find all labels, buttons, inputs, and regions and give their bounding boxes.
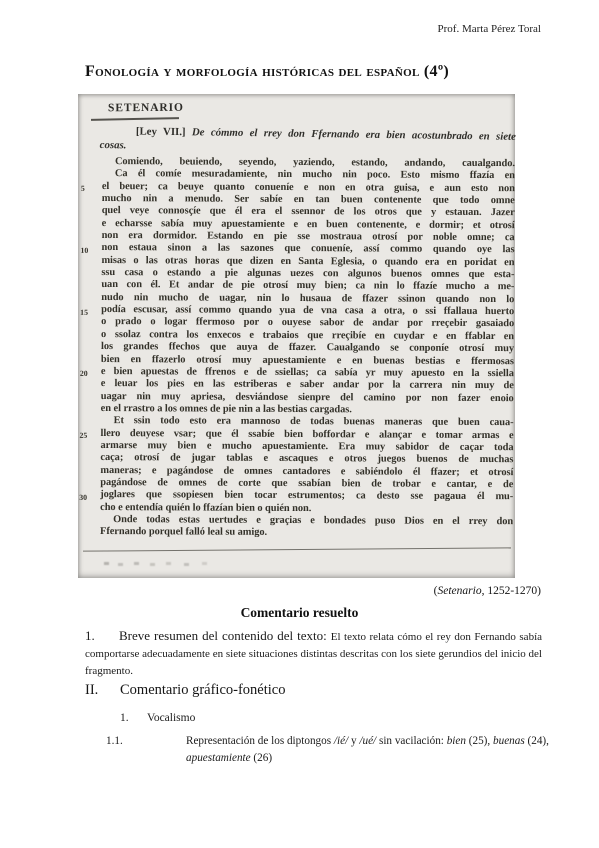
example-buenas-ref: (24), — [525, 735, 549, 747]
line-text: joglares que ssopiesen bien tocar estrum… — [100, 489, 513, 502]
page-title: Fonología y morfología históricas del es… — [85, 63, 449, 81]
example-buenas: buenas — [493, 735, 525, 747]
diptongos-mid: y — [348, 735, 359, 747]
citation-work-title: Setenario — [438, 585, 482, 597]
diptongos-item: 1.1.Representación de los diptongos /ié/… — [146, 733, 567, 767]
line-text: el beuer; ca beuye quanto conueníe e non… — [102, 181, 515, 194]
example-bien-ref: (25), — [466, 735, 493, 747]
scan-header-underline — [91, 117, 179, 121]
scan-bottom-rule — [83, 547, 511, 552]
line-text: llero deuyese vsar; que él ssabíe bien b… — [101, 428, 514, 441]
citation-dates: , 1252-1270) — [482, 585, 541, 597]
line-number: 10 — [80, 245, 97, 257]
example-bien: bien — [447, 735, 466, 747]
section-title: Comentario gráfico-fonético — [120, 682, 285, 698]
line-text: Ca él comíe mesuradamiente, nin mucho ni… — [115, 168, 515, 181]
line-text: Comiendo, beuiendo, seyendo, yaziendo, e… — [115, 156, 515, 169]
diptongos-number: 1.1. — [146, 733, 186, 750]
summary-item-number: 1. — [85, 628, 119, 645]
line-number: 25 — [80, 430, 97, 442]
line-text: quel veye connosçíe que él era el ssenno… — [102, 205, 515, 218]
example-apuestamiente-ref: (26) — [251, 752, 272, 764]
line-text: caça; otrosí de jugar tablas e ascaques … — [100, 452, 513, 465]
line-text: cho e entendía quién lo ffazían bien o q… — [100, 502, 311, 514]
line-text: mucho nin a menudo. Ser sabíe en tan bue… — [102, 193, 515, 206]
line-text: o ssolaz contra los enxecos e trabaios q… — [101, 329, 514, 342]
summary-item: 1.Breve resumen del contenido del texto:… — [85, 628, 542, 679]
line-text: nudo nin mucho de uagar, nin lo husaua d… — [101, 292, 514, 305]
line-text: Ffernando porquel falló leal su amigo. — [100, 526, 267, 538]
line-text: o prado o logar ffermoso por o ouyese sa… — [101, 316, 514, 329]
law-label: [Ley VII.] — [136, 126, 186, 139]
citation: (Setenario, 1252-1270) — [434, 585, 541, 597]
line-number: 20 — [80, 368, 97, 380]
section-number: II. — [85, 682, 120, 699]
text-line: Ffernando porquel falló leal su amigo. — [100, 526, 513, 541]
scan-text-lines: Comiendo, beuiendo, seyendo, yaziendo, e… — [100, 156, 515, 541]
diptongo-ie: /ié/ — [334, 735, 348, 747]
vocalismo-number: 1. — [120, 712, 147, 724]
line-number: 15 — [80, 307, 97, 319]
line-number: 30 — [79, 492, 96, 504]
document-page: Prof. Marta Pérez Toral Fonología y morf… — [0, 0, 599, 848]
line-text: uan con él. Et andar de pie otrosí muy b… — [101, 279, 514, 292]
line-text: misas o las otras horas que dizen en San… — [101, 255, 514, 268]
line-text: los grandes ffechos que auya de ffazer. … — [101, 341, 514, 354]
line-number: 5 — [81, 183, 98, 195]
scan-source-header: SETENARIO — [108, 102, 184, 115]
example-apuestamiente: apuestamiente — [186, 752, 251, 764]
line-text: Onde todas estas uertudes e graçias e bo… — [113, 514, 513, 527]
section-heading-grafico-fonetico: II.Comentario gráfico-fonético — [85, 682, 285, 699]
law-heading: [Ley VII.] De cómmo el rrey don Ffernand… — [100, 125, 516, 158]
diptongos-tail: sin vacilación: — [376, 735, 447, 747]
line-text: armarse muy bien e mucho apuestamiente. … — [100, 440, 513, 453]
comentario-resuelto-heading: Comentario resuelto — [0, 605, 599, 621]
line-text: ssu casa o estando a pie algunas uezes c… — [101, 267, 514, 280]
line-text: podía escusar, assí commo quando yua de … — [101, 304, 514, 317]
scan-clipped-text-smudge — [104, 562, 109, 565]
summary-item-lead: Breve resumen del contenido del texto: — [119, 628, 331, 643]
line-text: e leuar los pies en las estriberas e sab… — [101, 378, 514, 391]
line-text: e bien apuestas de ffrenos e de ssiellas… — [101, 366, 514, 379]
vocalismo-item: 1.Vocalismo — [120, 712, 195, 724]
line-text: bien en ffazerlo otrosí muy apuestamient… — [101, 353, 514, 366]
scanned-text-image: SETENARIO [Ley VII.] De cómmo el rrey do… — [78, 94, 515, 578]
line-text: e echarsse sabía muy apuestamiente e en … — [102, 218, 515, 231]
line-text: pagándose de omnes de corte que ssabían … — [100, 477, 513, 490]
diptongo-ue: /ué/ — [359, 735, 376, 747]
line-text: Et ssin todo esto era mannoso de todas b… — [114, 415, 514, 428]
line-text: maneras; e pagándose de omnes cantadores… — [100, 465, 513, 478]
line-text: non estaua sinon a las sazones que conue… — [101, 242, 514, 255]
line-text: non era dormidor. Estando en pie sse mos… — [102, 230, 515, 243]
diptongos-lead: Representación de los diptongos — [186, 735, 334, 747]
line-text: en el rrastro a los omnes de pie nin a l… — [101, 403, 352, 415]
line-text: uagar nin muy apriesa, desviándose sienp… — [101, 391, 514, 404]
vocalismo-label: Vocalismo — [147, 712, 195, 724]
professor-name: Prof. Marta Pérez Toral — [438, 23, 542, 35]
